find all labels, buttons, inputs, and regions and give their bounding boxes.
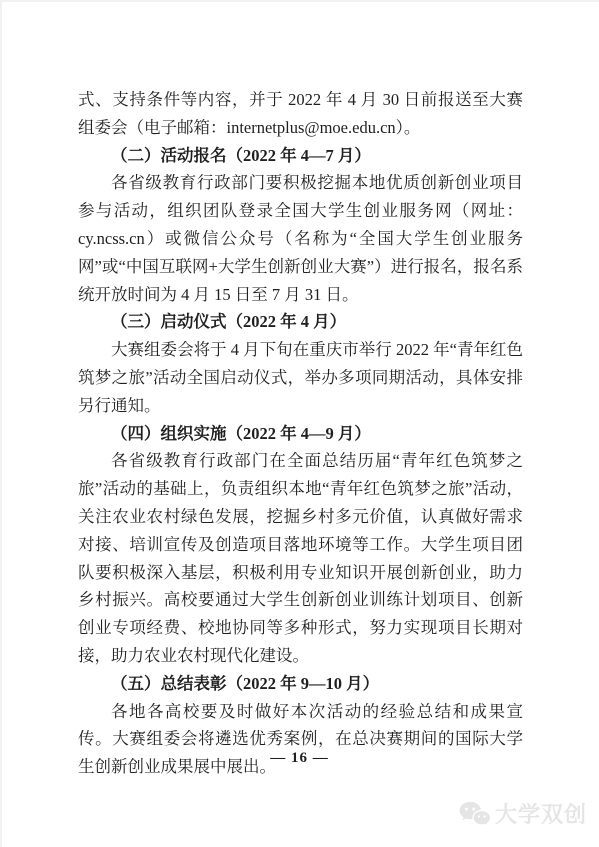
paragraph: 各省级教育行政部门在全面总结历届“青年红色筑梦之旅”活动的基础上，负责组织本地“… [78,447,523,669]
paragraph: 各地各高校要及时做好本次活动的经验总结和成果宣传。大赛组委会将遴选优秀案例，在总… [78,698,523,781]
paragraph: 式、支持条件等内容，并于 2022 年 4 月 30 日前报送至大赛组委会（电子… [78,86,523,142]
paragraph: 各省级教育行政部门要积极挖掘本地优质创新创业项目参与活动，组织团队登录全国大学生… [78,169,523,308]
wechat-watermark: 大学双创 [459,798,587,829]
page-number: — 16 — [0,750,599,767]
paragraph: 大赛组委会将于 4 月下旬在重庆市举行 2022 年“青年红色筑梦之旅”活动全国… [78,336,523,419]
watermark-label: 大学双创 [495,798,587,829]
section-heading: （二）活动报名（2022 年 4—7 月） [78,142,523,170]
section-heading: （四）组织实施（2022 年 4—9 月） [78,420,523,448]
wechat-icon [459,801,490,827]
section-heading: （五）总结表彰（2022 年 9—10 月） [78,670,523,698]
section-heading: （三）启动仪式（2022 年 4 月） [78,308,523,336]
document-body: 式、支持条件等内容，并于 2022 年 4 月 30 日前报送至大赛组委会（电子… [78,86,523,781]
document-page: 式、支持条件等内容，并于 2022 年 4 月 30 日前报送至大赛组委会（电子… [0,0,599,847]
